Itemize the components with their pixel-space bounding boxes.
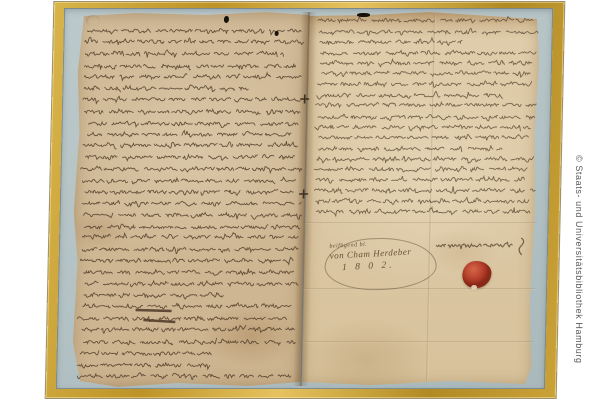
pencil-note: beifügend bl. von Cham Herdeber 1 8 0 2. <box>329 238 434 274</box>
handwriting-strokes <box>313 17 539 216</box>
ink-blot <box>357 13 370 17</box>
registration-cross-marks <box>298 95 310 199</box>
handwriting-layer <box>46 2 565 398</box>
handwriting-strokes <box>76 28 305 379</box>
strikeout-mark <box>136 310 172 311</box>
copyright-credit: © Staats- und Universitätsbibliothek Ham… <box>574 155 584 364</box>
signature-flourish <box>519 238 524 255</box>
photo-of-framed-letter: beifügend bl. von Cham Herdeber 1 8 0 2.… <box>0 0 610 400</box>
handwriting-strokes <box>436 242 512 249</box>
picture-frame: beifügend bl. von Cham Herdeber 1 8 0 2. <box>46 2 565 398</box>
